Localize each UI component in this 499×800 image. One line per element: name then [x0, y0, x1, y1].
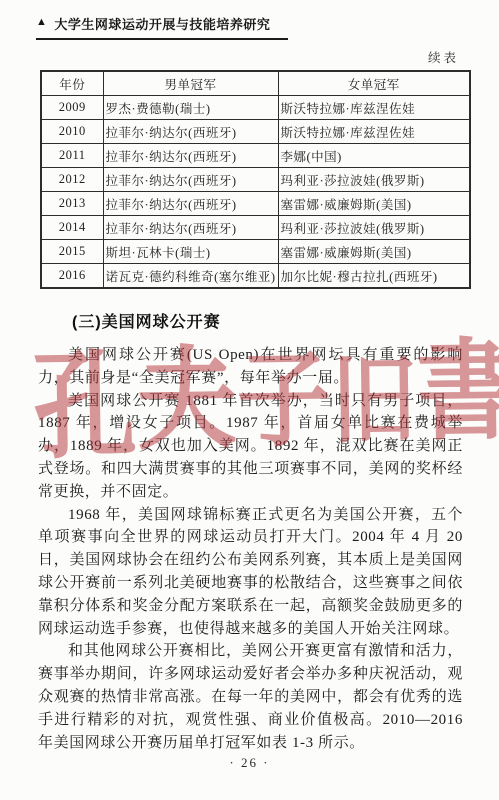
women-cell: 斯沃特拉娜·库兹涅佐娃 — [278, 96, 470, 120]
year-cell: 2009 — [41, 96, 103, 120]
paragraph-history: 美国网球公开赛 1881 年首次举办，当时只有男子项目，1887 年，增设女子项… — [38, 390, 463, 504]
page-number: · 26 · — [0, 755, 499, 771]
table-row: 2009 罗杰·费德勒(瑞士) 斯沃特拉娜·库兹涅佐娃 — [41, 96, 470, 120]
men-cell: 拉菲尔·纳达尔(西班牙) — [103, 168, 278, 192]
body-text: 美国网球公开赛(US Open)在世界网坛具有重要的影响力，其前身是“全美冠军赛… — [38, 344, 463, 754]
table-row: 2014 拉菲尔·纳达尔(西班牙) 玛利亚·莎拉波娃(俄罗斯) — [41, 216, 470, 240]
column-header-women: 女单冠军 — [278, 71, 470, 96]
section-heading: (三)美国网球公开赛 — [72, 309, 221, 332]
men-cell: 拉菲尔·纳达尔(西班牙) — [103, 144, 278, 168]
table-row: 2013 拉菲尔·纳达尔(西班牙) 塞雷娜·威廉姆斯(美国) — [41, 192, 470, 216]
men-cell: 拉菲尔·纳达尔(西班牙) — [103, 216, 278, 240]
women-cell: 斯沃特拉娜·库兹涅佐娃 — [278, 120, 470, 144]
women-cell: 塞雷娜·威廉姆斯(美国) — [278, 192, 470, 216]
table-row: 2016 诺瓦克·德约科维奇(塞尔维亚) 加尔比妮·穆古拉扎(西班牙) — [41, 264, 470, 289]
champions-table: 年份 男单冠军 女单冠军 2009 罗杰·费德勒(瑞士) 斯沃特拉娜·库兹涅佐娃… — [40, 70, 471, 289]
men-cell: 拉菲尔·纳达尔(西班牙) — [103, 192, 278, 216]
table-row: 2010 拉菲尔·纳达尔(西班牙) 斯沃特拉娜·库兹涅佐娃 — [41, 120, 470, 144]
year-cell: 2015 — [41, 240, 103, 264]
continued-table-label: 续表 — [428, 48, 459, 66]
year-cell: 2011 — [41, 144, 103, 168]
year-cell: 2012 — [41, 168, 103, 192]
year-cell: 2016 — [41, 264, 103, 289]
table-row: 2012 拉菲尔·纳达尔(西班牙) 玛利亚·莎拉波娃(俄罗斯) — [41, 168, 470, 192]
women-cell: 塞雷娜·威廉姆斯(美国) — [278, 240, 470, 264]
women-cell: 加尔比妮·穆古拉扎(西班牙) — [278, 264, 470, 289]
column-header-year: 年份 — [41, 71, 103, 96]
men-cell: 斯坦·瓦林卡(瑞士) — [103, 240, 278, 264]
year-cell: 2010 — [41, 120, 103, 144]
book-page: ▲ 大学生网球运动开展与技能培养研究 续表 年份 男单冠军 女单冠军 2009 … — [0, 0, 499, 800]
men-cell: 罗杰·费德勒(瑞士) — [103, 96, 278, 120]
page-header: ▲ 大学生网球运动开展与技能培养研究 — [36, 14, 288, 40]
paragraph-atmosphere: 和其他网球公开赛相比，美网公开赛更富有激情和活力，赛事举办期间，许多网球运动爱好… — [38, 640, 463, 754]
year-cell: 2014 — [41, 216, 103, 240]
women-cell: 玛利亚·莎拉波娃(俄罗斯) — [278, 168, 470, 192]
paragraph-open-era: 1968 年，美国网球锦标赛正式更名为美国公开赛，五个单项赛事向全世界的网球运动… — [38, 504, 463, 641]
table-row: 2015 斯坦·瓦林卡(瑞士) 塞雷娜·威廉姆斯(美国) — [41, 240, 470, 264]
table-row: 2011 拉菲尔·纳达尔(西班牙) 李娜(中国) — [41, 144, 470, 168]
table-header-row: 年份 男单冠军 女单冠军 — [41, 71, 470, 96]
triangle-icon: ▲ — [36, 17, 47, 28]
women-cell: 李娜(中国) — [278, 144, 470, 168]
paragraph-intro: 美国网球公开赛(US Open)在世界网坛具有重要的影响力，其前身是“全美冠军赛… — [38, 344, 463, 390]
women-cell: 玛利亚·莎拉波娃(俄罗斯) — [278, 216, 470, 240]
column-header-men: 男单冠军 — [103, 71, 278, 96]
men-cell: 拉菲尔·纳达尔(西班牙) — [103, 120, 278, 144]
book-title: 大学生网球运动开展与技能培养研究 — [54, 14, 270, 33]
men-cell: 诺瓦克·德约科维奇(塞尔维亚) — [103, 264, 278, 289]
year-cell: 2013 — [41, 192, 103, 216]
